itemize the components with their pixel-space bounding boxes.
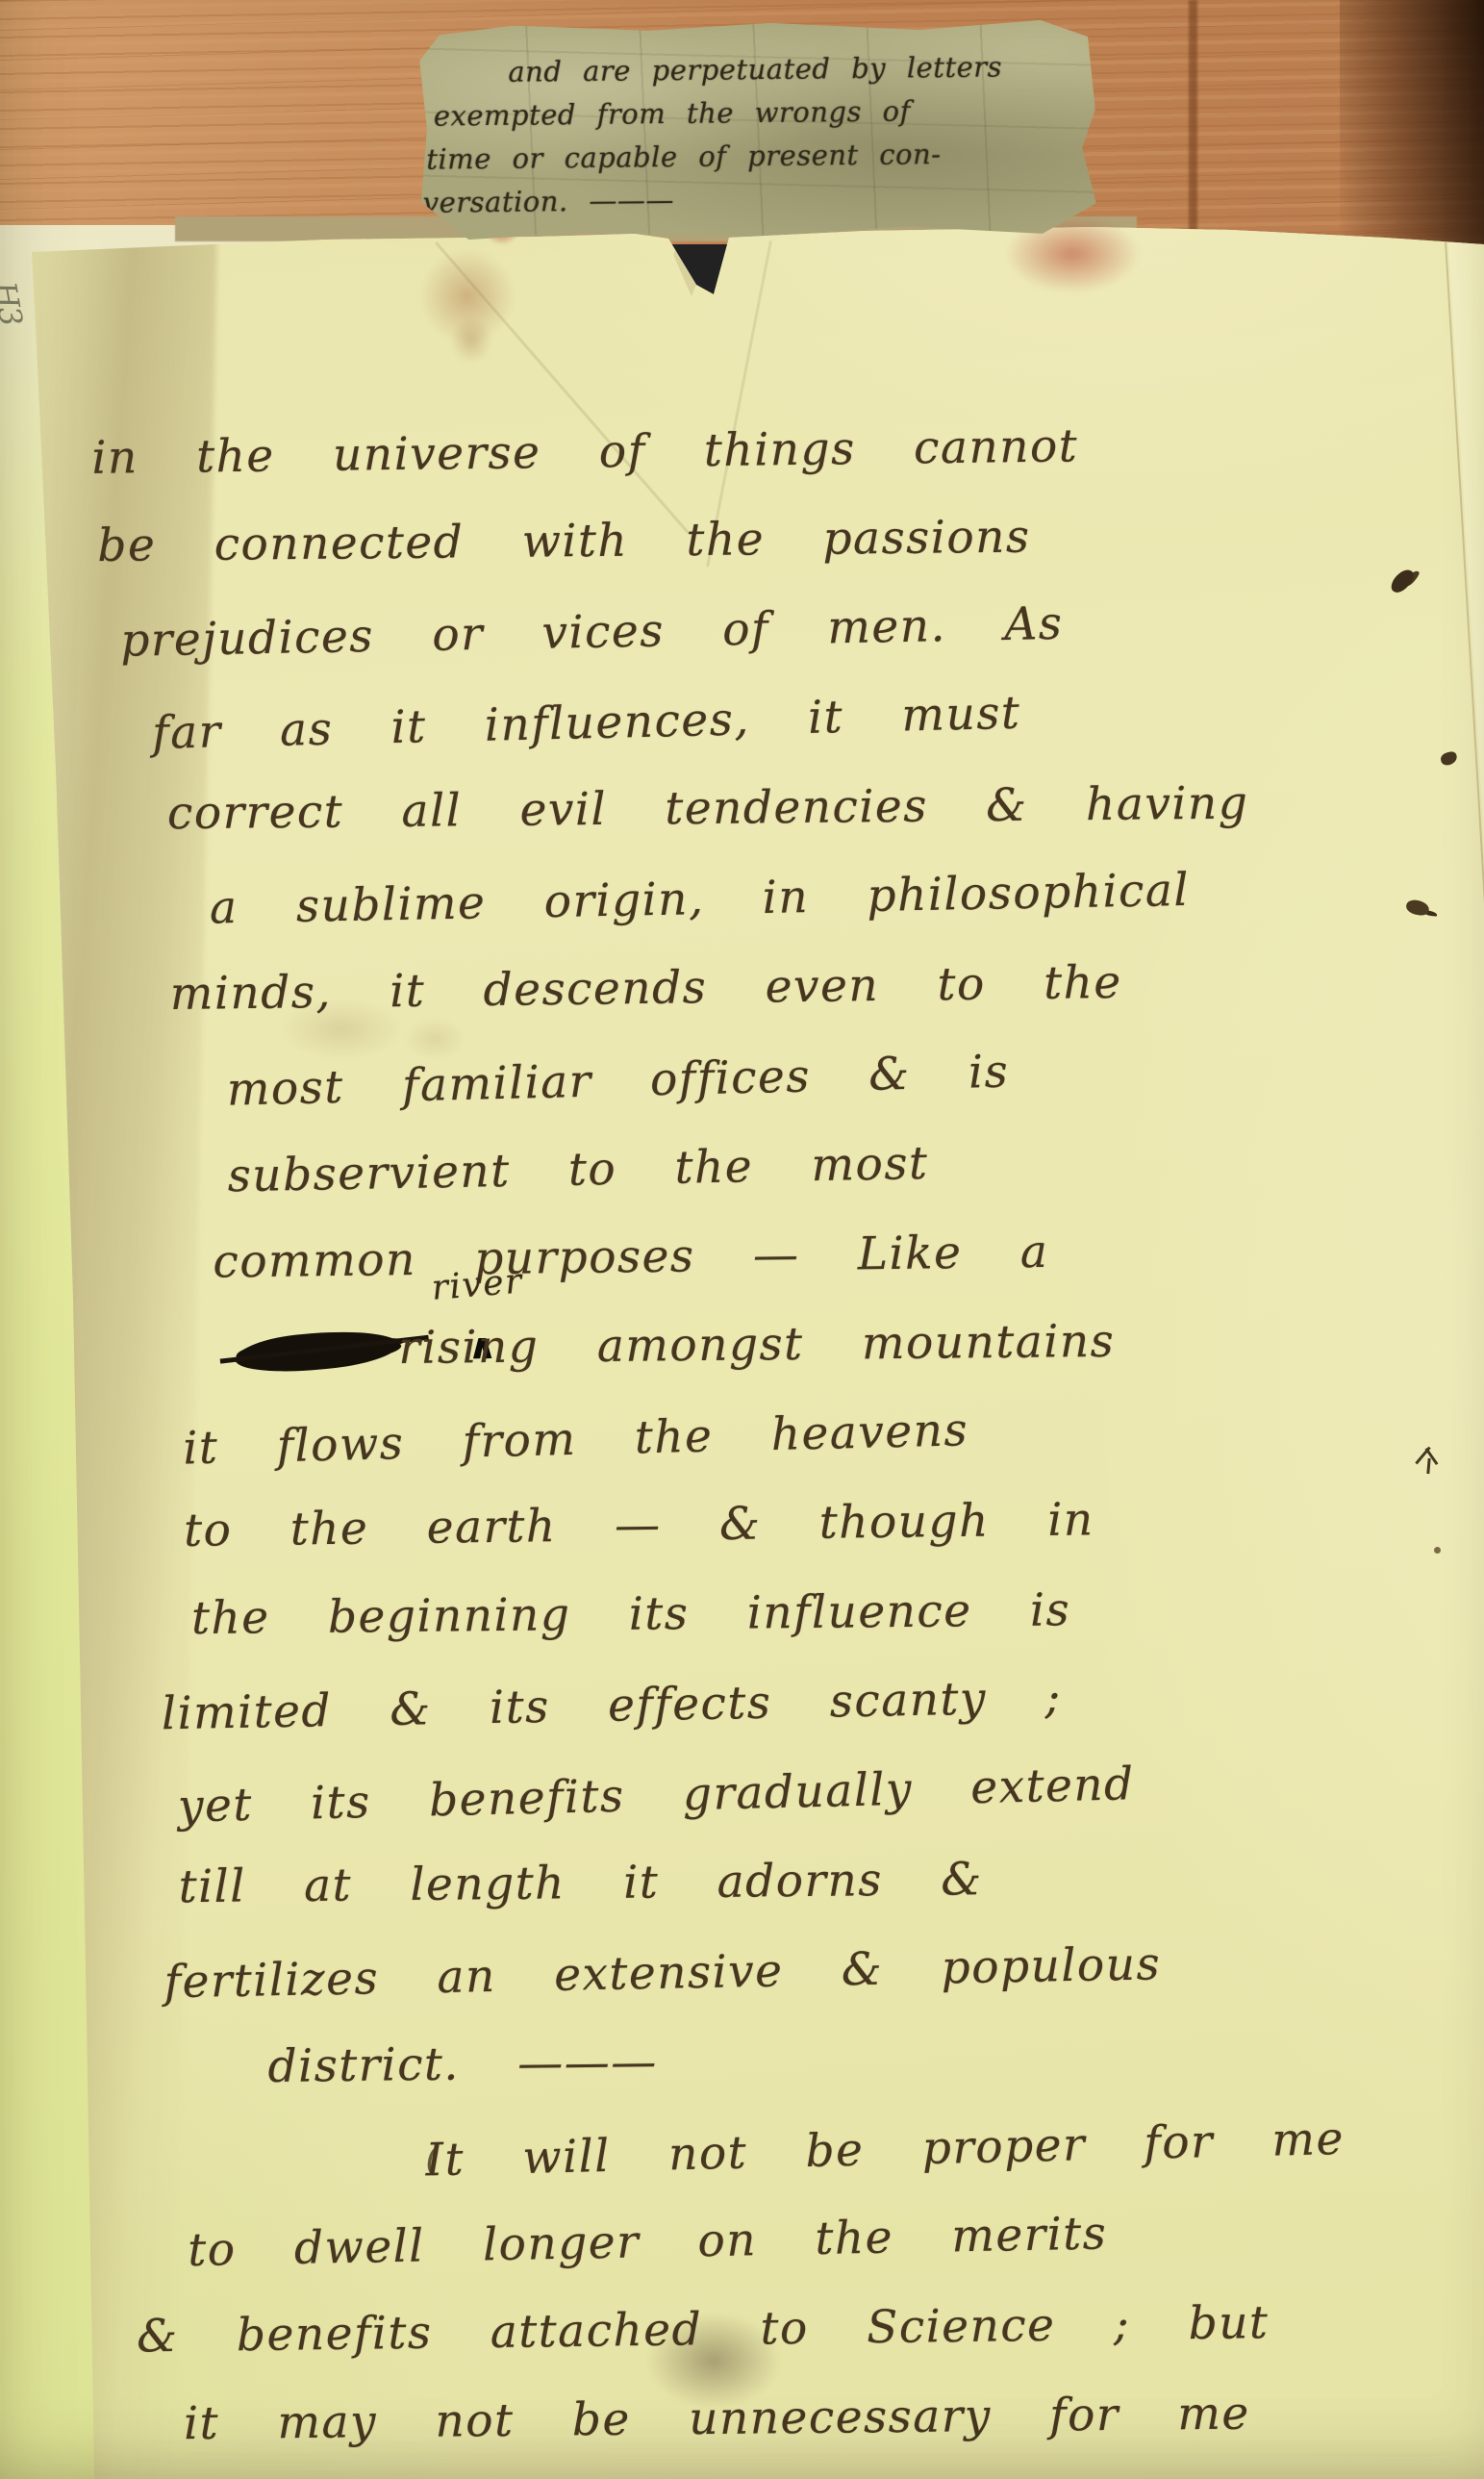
inserted-word: river (430, 1264, 524, 1305)
scrap-line: and are perpetuated by letters (508, 44, 1094, 93)
manuscript-line: common purposes — Like a (213, 1202, 1466, 1307)
struck-out-word-scribble (234, 1327, 399, 1376)
paper-tear (673, 237, 714, 296)
handwritten-text: district. ——— (267, 2017, 658, 2112)
manuscript-page: in the universe of things cannot be conn… (0, 0, 1484, 2479)
manuscript-line: & benefits attached to Science ; but (137, 2275, 1476, 2381)
handwritten-text: to the earth — & though in (184, 1475, 1095, 1576)
handwritten-text: common purposes — Like a (213, 1207, 1049, 1307)
scrap-line: time or capable of present con- (426, 131, 1095, 181)
scrap-line: versation. ——— (423, 174, 1096, 224)
handwritten-text: till at length it adorns & (178, 1834, 983, 1932)
handwritten-text: in the universe of things cannot (91, 401, 1079, 503)
handwritten-text: rising amongst mountains (398, 1297, 1116, 1393)
manuscript-photograph: in the universe of things cannot be conn… (0, 0, 1484, 2479)
handwritten-text: correct all evil tendencies & having (167, 758, 1249, 858)
handwritten-text: the beginning its influence is (191, 1565, 1071, 1663)
handwritten-text-block: in the universe of things cannot be conn… (91, 398, 1476, 2469)
handwritten-text: subservient to the most (227, 1119, 929, 1221)
ink-smudge (646, 2313, 781, 2409)
handwritten-text: limited & its effects scanty ; (161, 1653, 1062, 1758)
taped-note-scrap: and are perpetuated by letters exempted … (419, 19, 1096, 240)
wood-board-seam (1189, 0, 1197, 242)
manuscript-line: it may not be unnecessary for me (184, 2366, 1477, 2468)
handwritten-text: to dwell longer on the merits (188, 2188, 1109, 2295)
manuscript-line: in the universe of things cannot (91, 397, 1458, 503)
manuscript-line: to the earth — & though in (184, 1471, 1469, 1576)
handwritten-text: minds, it descends even to the (169, 938, 1122, 1039)
handwritten-text: be connected with the passions (97, 493, 1031, 591)
top-right-shadow (1340, 0, 1484, 252)
ink-stain (450, 317, 492, 364)
scrap-line: exempted from the wrongs of (434, 88, 1095, 138)
handwritten-text: a sublime origin, in philosophical (209, 846, 1191, 953)
handwritten-text: fertilizes an extensive & populous (163, 1919, 1162, 2027)
